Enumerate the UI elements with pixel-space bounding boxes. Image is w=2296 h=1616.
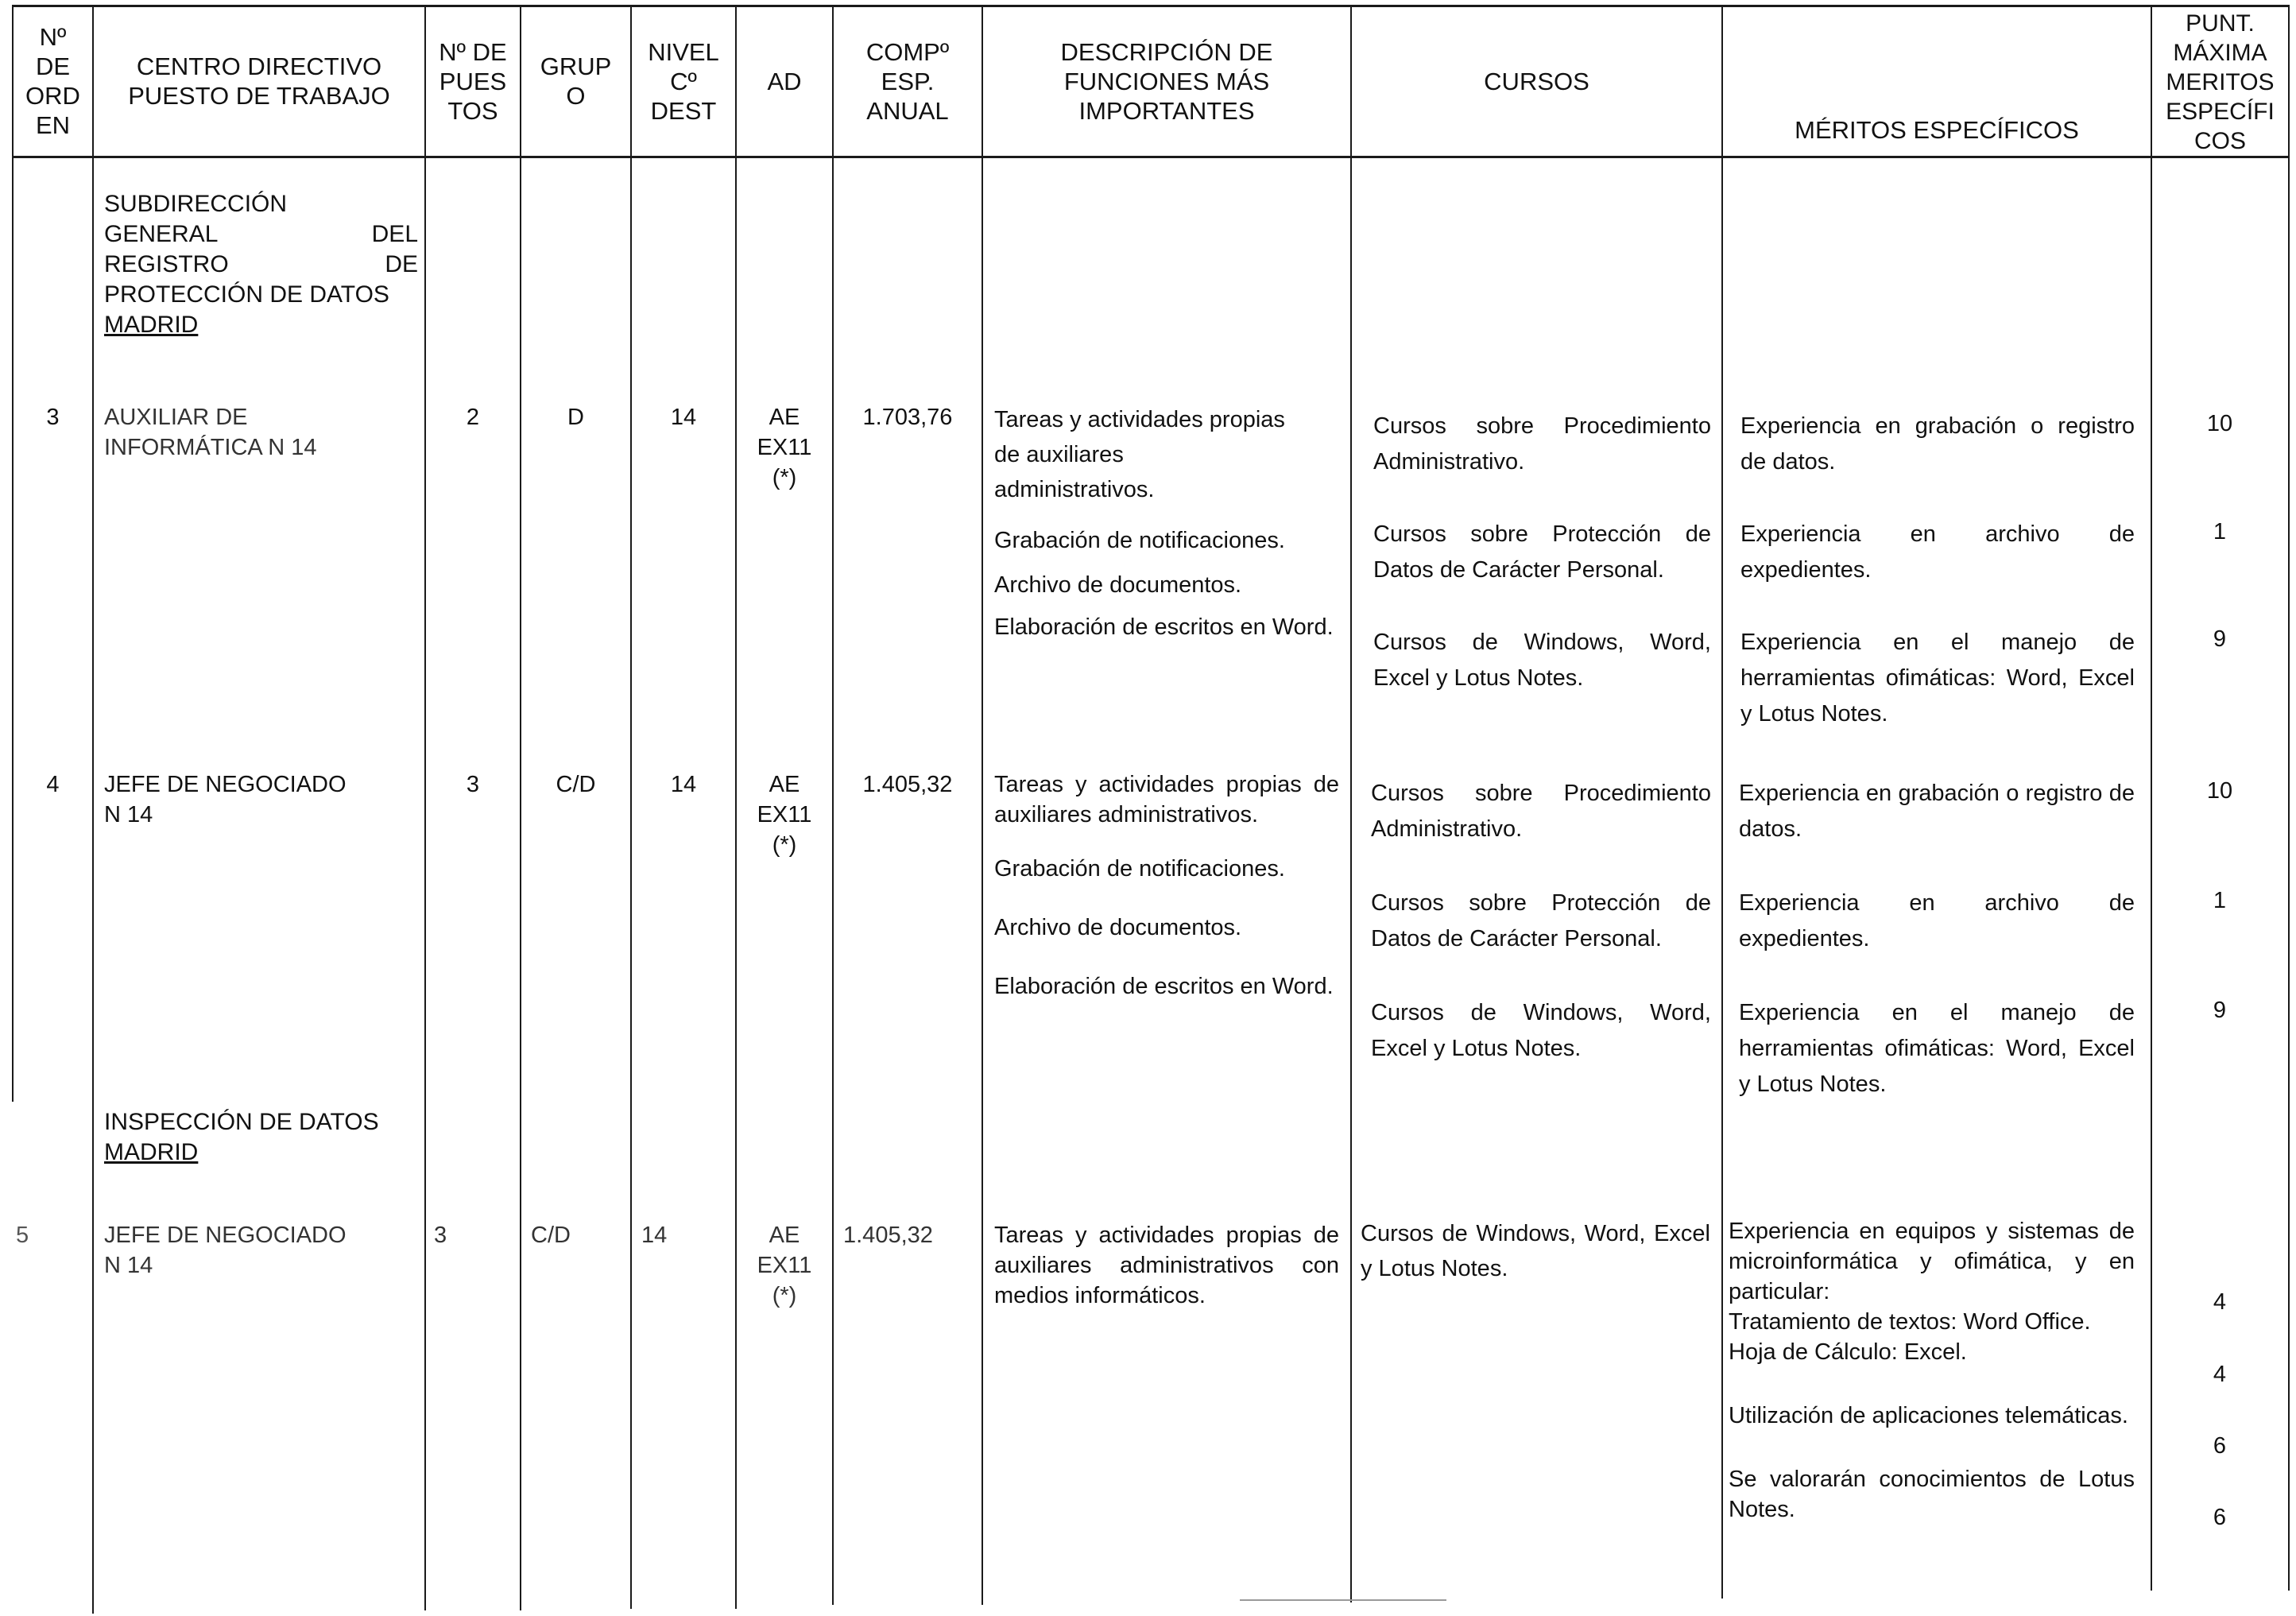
row-num: 4 (14, 769, 92, 800)
row-puesto: JEFE DE NEGOCIADON 14 (104, 1220, 406, 1281)
funcion-item: Elaboración de escritos en Word. (994, 971, 1339, 1002)
row-puntos: 10 (2152, 409, 2287, 439)
row-meritos: Experiencia en grabación o registro de d… (1740, 409, 2135, 732)
row-puntos: 9 (2152, 624, 2287, 654)
curso-item: Cursos sobre Protección de Datos de Cará… (1371, 886, 1711, 957)
row-puntos: 9 (2152, 995, 2287, 1025)
col-border (520, 5, 521, 1610)
row-puntos: 6 (2152, 1502, 2287, 1533)
header-puntuacion: PUNT. MÁXIMA MERITOS ESPECÍFI COS (2152, 8, 2288, 156)
section-title-line: SUBDIRECCIÓN (104, 189, 418, 219)
row-complemento: 1.405,32 (843, 1220, 978, 1250)
funcion-item: Elaboración de escritos en Word. (994, 612, 1339, 642)
merito-item: Experiencia en el manejo de herramientas… (1740, 625, 2135, 732)
funcion-item: Tareas y actividades propiasde auxiliare… (994, 402, 1339, 507)
col-border (1350, 5, 1352, 1602)
section-title: INSPECCIÓN DE DATOS MADRID (104, 1107, 418, 1168)
col-border (424, 5, 426, 1610)
section-location: MADRID (104, 1137, 418, 1168)
header-complemento: COMPº ESP. ANUAL (834, 6, 982, 156)
funcion-item: Tareas y actividades propias de auxiliar… (994, 769, 1339, 830)
section-title-line: GENERALDEL (104, 219, 418, 250)
curso-item: Cursos sobre Protección de Datos de Cará… (1373, 517, 1711, 588)
row-puntos: 4 (2152, 1359, 2287, 1389)
col-border (12, 5, 14, 1102)
row-puntos: 6 (2152, 1431, 2287, 1461)
row-puntos: 1 (2152, 886, 2287, 916)
row-puesto: AUXILIAR DE INFORMÁTICA N 14 (104, 402, 343, 463)
header-meritos: MÉRITOS ESPECÍFICOS (1723, 6, 2151, 156)
section-title-line: INSPECCIÓN DE DATOS (104, 1107, 418, 1137)
row-puntos: 1 (2152, 517, 2287, 547)
section-location: MADRID (104, 310, 418, 340)
curso-item: Cursos sobre Procedimiento Administrativ… (1371, 776, 1711, 847)
curso-item: Cursos de Windows, Word, Excel y Lotus N… (1371, 995, 1711, 1067)
row-grupo: C/D (521, 769, 630, 800)
row-num-puestos: 3 (426, 769, 520, 800)
header-descripcion: DESCRIPCIÓN DE FUNCIONES MÁS IMPORTANTES (983, 6, 1350, 156)
col-border (2288, 5, 2290, 1591)
row-ad: AE EX11 (*) (737, 402, 832, 493)
row-nivel: 14 (641, 1220, 729, 1250)
scan-artifact (1240, 1599, 1446, 1601)
header-num-orden: Nº DE ORD EN (14, 6, 92, 156)
row-meritos: Experiencia en equipos y sistemas de mic… (1729, 1216, 2135, 1525)
col-border (982, 5, 983, 1605)
row-num-puestos: 2 (426, 402, 520, 432)
row-meritos: Experiencia en grabación o registro de d… (1739, 776, 2135, 1103)
row-funciones: Tareas y actividades propias de auxiliar… (994, 769, 1339, 1002)
col-border (630, 5, 632, 1609)
row-cursos: Cursos sobre Procedimiento Administrativ… (1371, 776, 1711, 1067)
word: DEL (372, 219, 418, 250)
curso-item: Cursos sobre Procedimiento Administrativ… (1373, 409, 1711, 480)
curso-item: Cursos de Windows, Word, Excel y Lotus N… (1373, 625, 1711, 696)
funcion-item: Grabación de notificaciones. (994, 854, 1339, 884)
row-num-puestos: 3 (434, 1220, 513, 1250)
word: REGISTRO (104, 250, 229, 280)
col-border (92, 5, 94, 1614)
section-title: SUBDIRECCIÓN GENERALDEL REGISTRODE PROTE… (104, 189, 418, 340)
row-num: 5 (16, 1220, 48, 1250)
header-centro-directivo: CENTRO DIRECTIVO PUESTO DE TRABAJO (94, 6, 424, 156)
row-complemento: 1.405,32 (834, 769, 982, 800)
funcion-item: Grabación de notificaciones. (994, 523, 1339, 558)
header-nivel: NIVEL Cº DEST (632, 6, 735, 156)
curso-item: Cursos de Windows, Word, Excel y Lotus N… (1361, 1216, 1710, 1286)
funcion-item: Archivo de documentos. (994, 913, 1339, 943)
col-border (1721, 5, 1723, 1599)
merito-item: Experiencia en el manejo de herramientas… (1739, 995, 2135, 1103)
row-cursos: Cursos de Windows, Word, Excel y Lotus N… (1361, 1216, 1710, 1286)
merito-item: Experiencia en archivo de expedientes. (1739, 886, 2135, 957)
row-puntos: 4 (2152, 1287, 2287, 1317)
col-border (832, 5, 834, 1605)
row-funciones: Tareas y actividades propias de auxiliar… (994, 1220, 1339, 1311)
row-puesto: JEFE DE NEGOCIADON 14 (104, 769, 406, 830)
header-grupo: GRUP O (521, 6, 630, 156)
word: GENERAL (104, 219, 218, 250)
merito-item: Experiencia en grabación o registro de d… (1740, 409, 2135, 480)
header-ad: AD (737, 6, 832, 156)
row-puntos: 10 (2152, 776, 2287, 806)
word: DE (385, 250, 418, 280)
row-grupo: C/D (531, 1220, 618, 1250)
row-complemento: 1.703,76 (834, 402, 982, 432)
funcion-item: Archivo de documentos. (994, 568, 1339, 603)
merito-intro: Experiencia en equipos y sistemas de mic… (1729, 1216, 2135, 1307)
header-bottom-border (12, 156, 2290, 158)
merito-item: Utilización de aplicaciones telemáticas. (1729, 1401, 2135, 1431)
row-nivel: 14 (632, 769, 735, 800)
header-cursos: CURSOS (1352, 6, 1721, 156)
funcion-item: Tareas y actividades propias de auxiliar… (994, 1220, 1339, 1311)
section-title-line: REGISTRODE (104, 250, 418, 280)
merito-item: Se valorarán conocimientos de Lotus Note… (1729, 1464, 2135, 1525)
row-nivel: 14 (632, 402, 735, 432)
row-ad: AE EX11 (*) (737, 769, 832, 860)
header-num-puestos: Nº DE PUES TOS (426, 6, 520, 156)
merito-item: Tratamiento de textos: Word Office. (1729, 1307, 2135, 1337)
merito-item: Hoja de Cálculo: Excel. (1729, 1337, 2135, 1367)
row-ad: AE EX11 (*) (737, 1220, 832, 1311)
row-grupo: D (521, 402, 630, 432)
row-funciones: Tareas y actividades propiasde auxiliare… (994, 402, 1339, 663)
row-cursos: Cursos sobre Procedimiento Administrativ… (1373, 409, 1711, 696)
merito-item: Experiencia en grabación o registro de d… (1739, 776, 2135, 847)
section-title-line: PROTECCIÓN DE DATOS (104, 280, 418, 310)
merito-item: Experiencia en archivo de expedientes. (1740, 517, 2135, 588)
row-num: 3 (14, 402, 92, 432)
